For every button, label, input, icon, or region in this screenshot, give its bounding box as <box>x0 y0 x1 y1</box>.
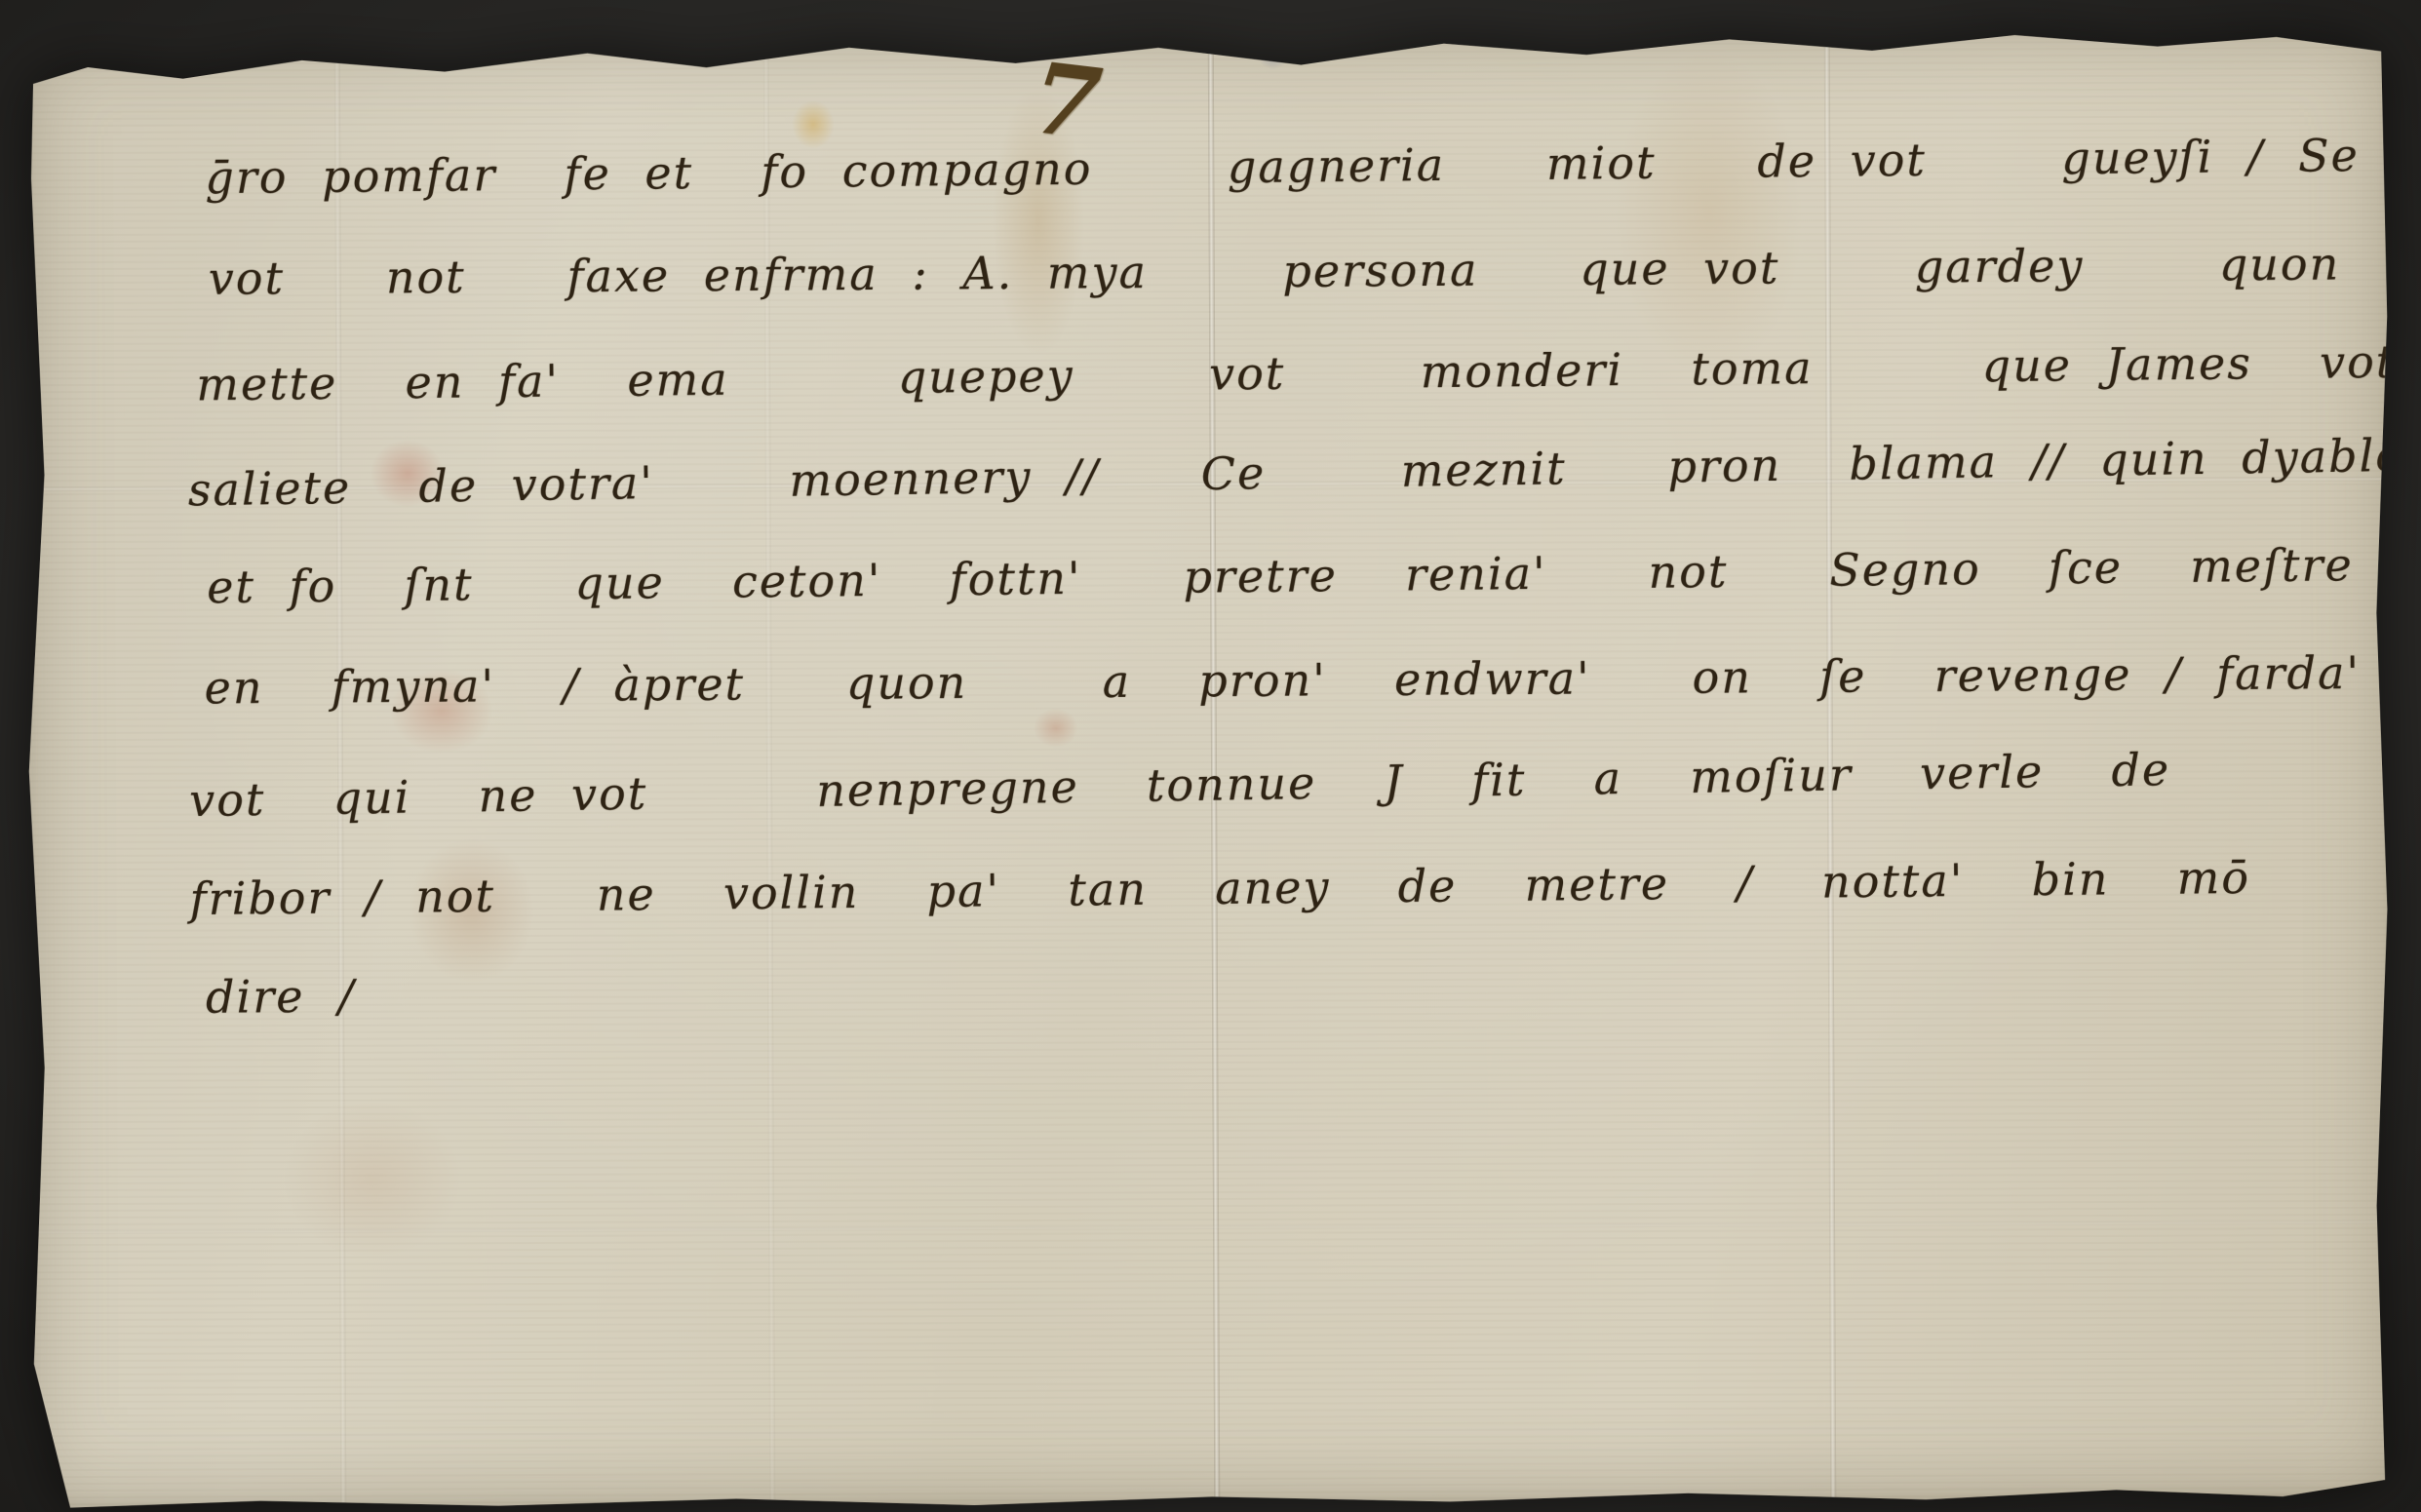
manuscript-line-3: mette en fa' ema quepey vot monderi toma… <box>196 335 2397 411</box>
manuscript-line-6: en fmyna' / àpret quon a pron' endwra' o… <box>204 646 2361 714</box>
stain <box>792 100 835 149</box>
paper-sheet: 7 ḡro pomfar fe et fo compagno gagneria … <box>17 20 2402 1512</box>
manuscript-line-5: et fo ſnt que ceton' fottn' pretre renia… <box>207 538 2354 613</box>
stain <box>284 1101 460 1258</box>
stain <box>1616 52 1802 374</box>
manuscript-line-1: ḡro pomfar fe et fo compagno gagneria mi… <box>205 129 2360 204</box>
manuscript-line-2: vot not faxe enfrma : A. mya persona que… <box>209 235 2421 304</box>
stain <box>1034 709 1078 748</box>
manuscript-line-7: vot qui ne vot nenpregne tonnue J fit a … <box>189 743 2171 827</box>
manuscript-line-9: dire / <box>206 970 356 1024</box>
stain <box>1257 33 1290 70</box>
photo-backdrop: 7 ḡro pomfar fe et fo compagno gagneria … <box>0 0 2421 1512</box>
manuscript-line-4: saliete de votra' moennery // Ce meznit … <box>187 429 2404 517</box>
manuscript-page: 7 ḡro pomfar fe et fo compagno gagneria … <box>17 20 2402 1512</box>
